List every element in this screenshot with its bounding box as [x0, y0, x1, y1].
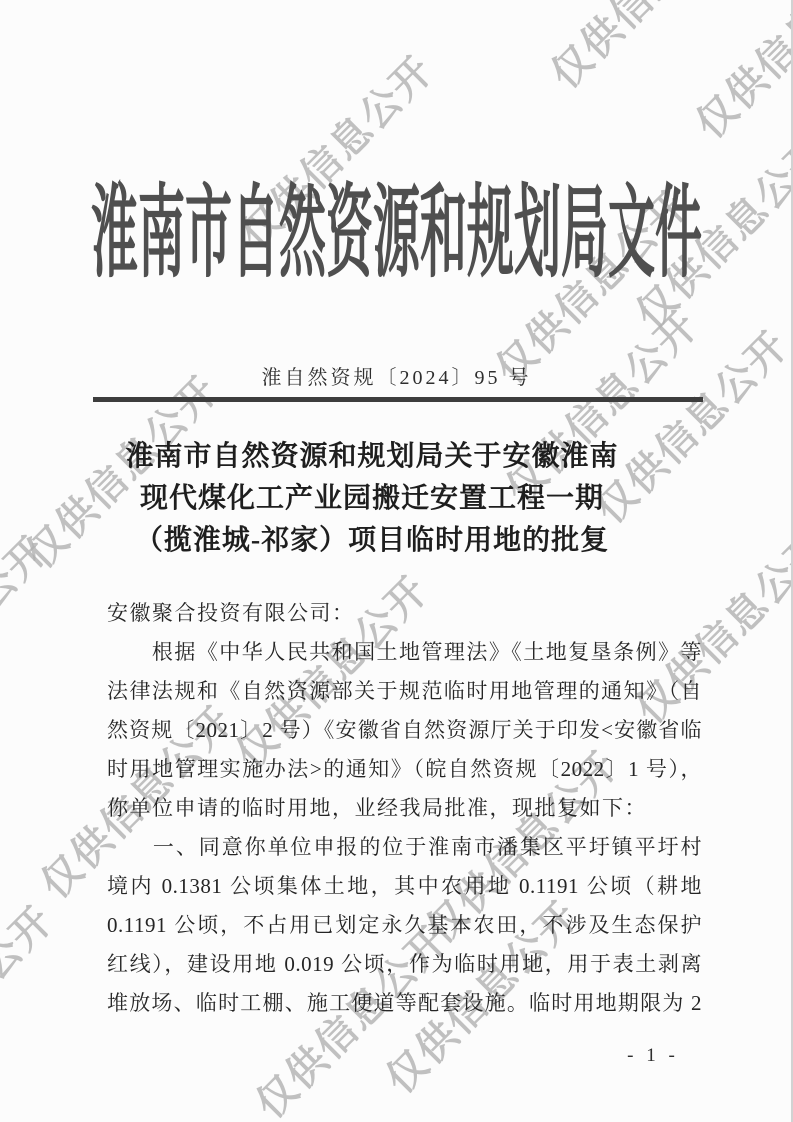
body-line: 安徽聚合投资有限公司： — [107, 594, 702, 633]
body-line: 境内 0.1381 公顷集体土地，其中农用地 0.1191 公顷（耕地 — [107, 867, 702, 906]
watermark-text: 仅供信息公开 — [0, 891, 64, 1109]
body-line: 然资规〔2021〕2 号）《安徽省自然资源厅关于印发<安徽省临 — [107, 711, 702, 750]
body-line: 法律法规和《自然资源部关于规范临时用地管理的通知》（自 — [107, 672, 702, 711]
body-line: 红线），建设用地 0.019 公顷，作为临时用地，用于表土剥离 — [107, 945, 702, 984]
document-title-line-1: 淮南市自然资源和规划局关于安徽淮南 — [40, 436, 704, 478]
document-title-line-3: （揽淮城-祁家）项目临时用地的批复 — [40, 520, 704, 562]
letterhead-divider-rule — [93, 397, 703, 402]
body-line: 堆放场、临时工棚、施工便道等配套设施。临时用地期限为 2 — [107, 984, 702, 1023]
org-title: 淮南市自然资源和规划局文件 — [0, 186, 793, 287]
body-line: 根据《中华人民共和国土地管理法》《土地复垦条例》等 — [107, 633, 702, 672]
body-line: 一、同意你单位申报的位于淮南市潘集区平圩镇平圩村 — [107, 828, 702, 867]
page-number: - 1 - — [598, 1045, 708, 1067]
body-line: 你单位申请的临时用地，业经我局批准，现批复如下： — [107, 789, 702, 828]
body-text: 安徽聚合投资有限公司： 根据《中华人民共和国土地管理法》《土地复垦条例》等法律法… — [107, 594, 702, 1023]
document-title-line-2: 现代煤化工产业园搬迁安置工程一期 — [40, 478, 704, 520]
body-line: 时用地管理实施办法>的通知》（皖自然资规〔2022〕1 号）， — [107, 750, 702, 789]
document-title: 淮南市自然资源和规划局关于安徽淮南 现代煤化工产业园搬迁安置工程一期 （揽淮城-… — [40, 436, 704, 562]
watermark-text: 仅供信息公开 — [681, 0, 793, 149]
doc-number: 淮自然资规〔2024〕95 号 — [0, 361, 793, 390]
scanned-document-page: 仅供信息公开仅供信息公开仅供信息公开仅供信息公开仅供信息公开仅供信息公开仅供信息… — [0, 0, 793, 1122]
body-line: 0.1191 公顷，不占用已划定永久基本农田，不涉及生态保护 — [107, 906, 702, 945]
